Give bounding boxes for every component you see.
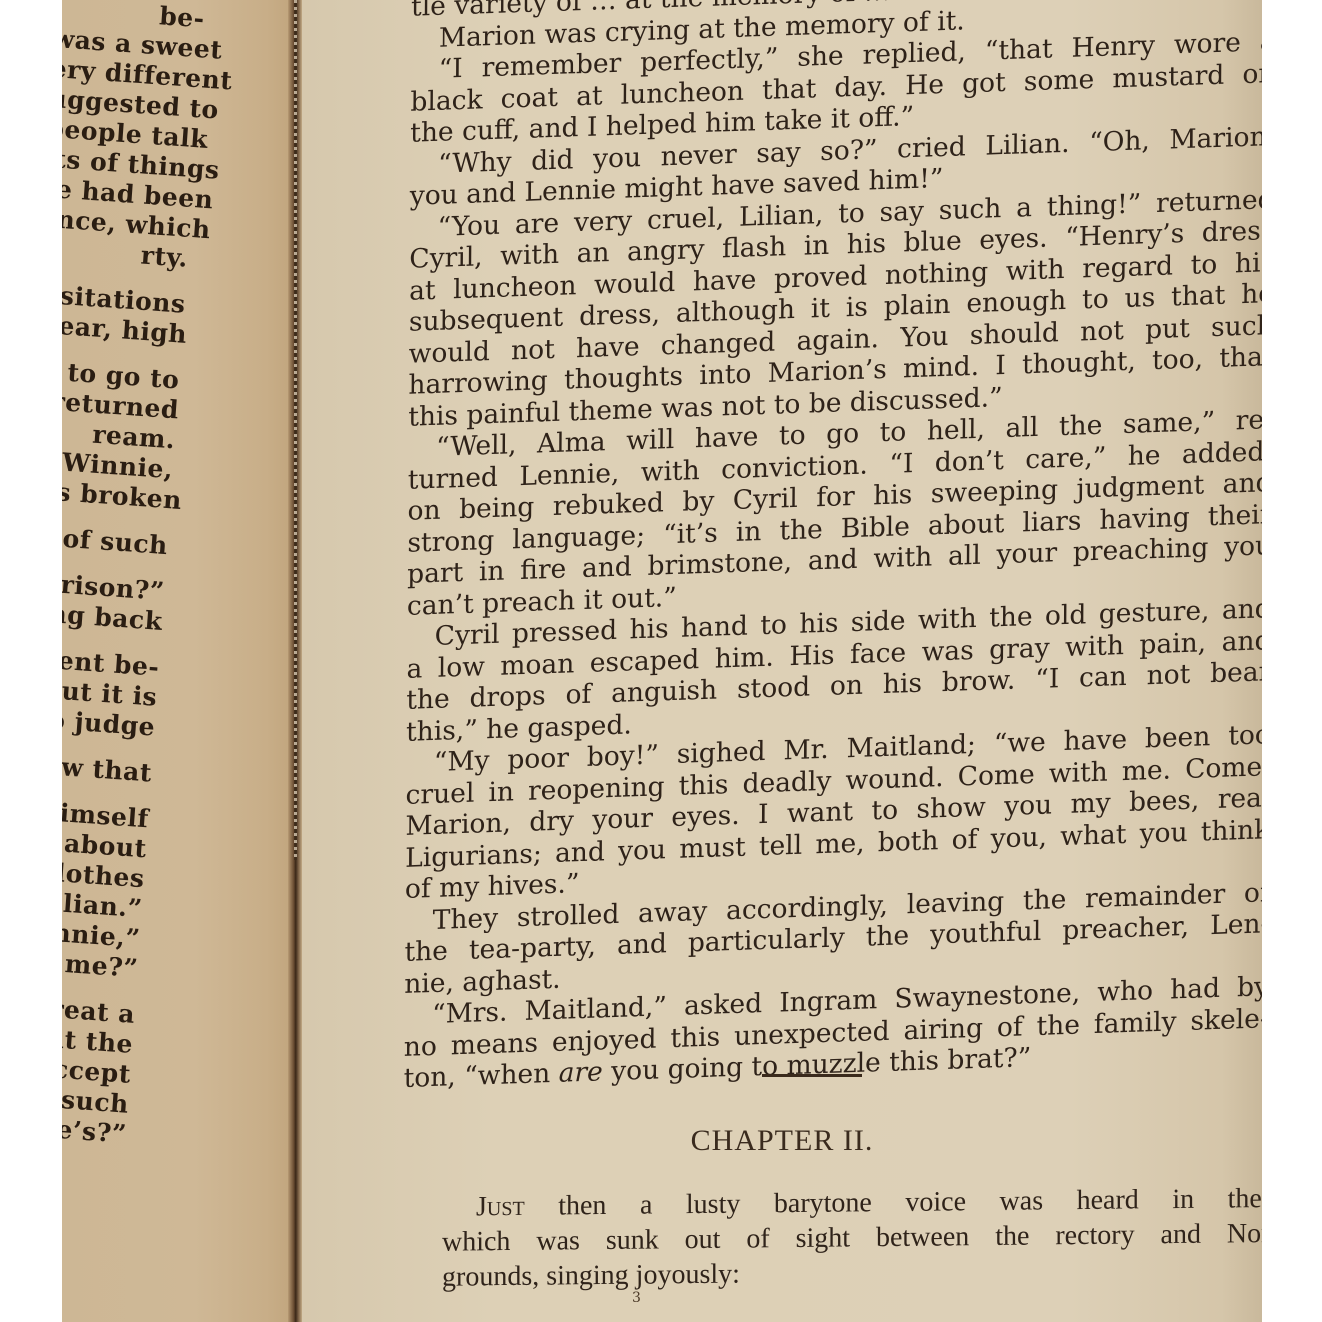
drop-word-smallcaps: Just <box>476 1191 525 1223</box>
chapter-opening-text: Just then a lusty barytone voice was hea… <box>442 1180 1262 1294</box>
book-photograph: be-was a sweetery differentuggested tope… <box>62 0 1262 1322</box>
text-fragment: ton, “when <box>404 1058 559 1094</box>
italic-word: are <box>559 1056 603 1088</box>
left-page-text: be-was a sweetery differentuggested tope… <box>62 0 206 1150</box>
chapter-heading: CHAPTER II. <box>302 1124 1262 1158</box>
text-fragment: then a lusty barytone voice was heard in… <box>525 1182 1262 1222</box>
binding-stitch <box>294 0 297 860</box>
page-edge-shadow <box>1222 0 1262 1322</box>
right-page-body-text: tle variety of … at the memory of …Mario… <box>404 0 1262 1094</box>
section-divider-rule <box>762 1074 862 1077</box>
right-page: tle variety of … at the memory of …Mario… <box>302 0 1262 1322</box>
page-folio-mark: 3 <box>632 1290 641 1306</box>
left-page: be-was a sweetery differentuggested tope… <box>62 0 302 1322</box>
